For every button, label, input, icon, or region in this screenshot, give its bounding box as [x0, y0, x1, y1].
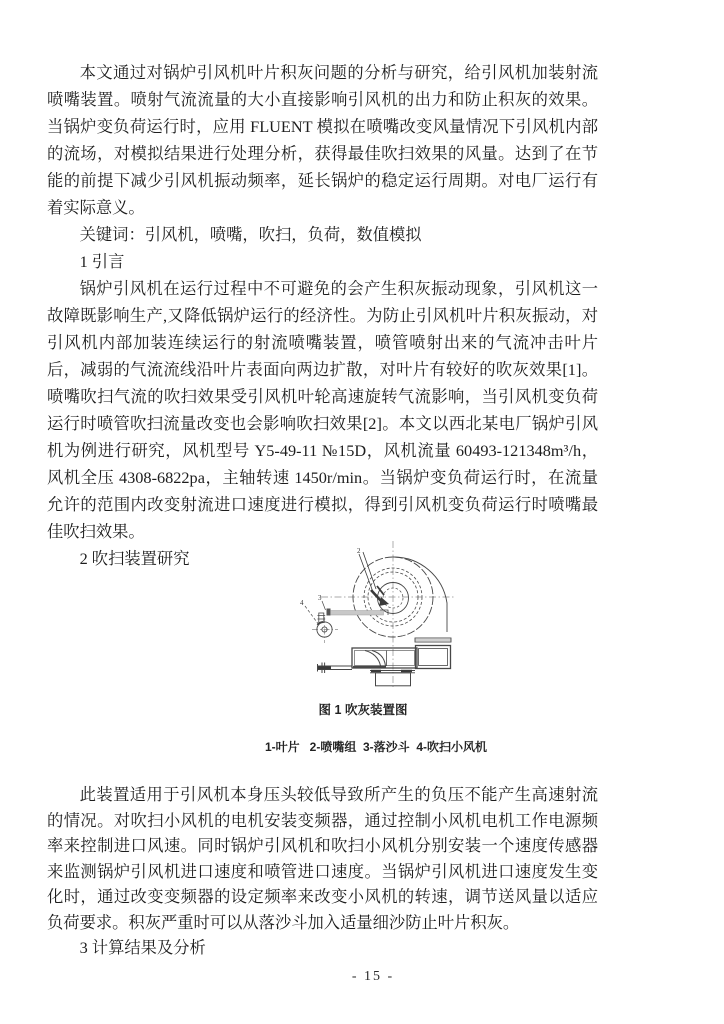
- section1-paragraph: 锅炉引风机在运行过程中不可避免的会产生积灰振动现象，引风机这一故障既影响生产,又…: [47, 275, 598, 545]
- sand-hopper: [370, 671, 415, 686]
- figure-caption: 图 1 吹灰装置图: [93, 700, 633, 718]
- paper-page: 本文通过对锅炉引风机叶片积灰问题的分析与研究，给引风机加装射流喷嘴装置。喷射气流…: [0, 0, 724, 1024]
- section3-heading: 3 计算结果及分析: [47, 935, 598, 961]
- supply-pipe: [331, 611, 384, 616]
- section1-heading: 1 引言: [47, 248, 598, 275]
- section2-paragraph: 此装置适用于引风机本身压头较低导致所产生的负压不能产生高速射流的情况。对吹扫小风…: [47, 782, 598, 935]
- label-sand-hopper: 3: [318, 594, 322, 602]
- keywords-line: 关键词：引风机，喷嘴，吹扫，负荷，数值模拟: [47, 221, 598, 248]
- page-number: - 15 -: [0, 969, 724, 985]
- label-nozzle-group: 2: [357, 547, 361, 555]
- abstract-paragraph: 本文通过对锅炉引风机叶片积灰问题的分析与研究，给引风机加装射流喷嘴装置。喷射气流…: [47, 59, 598, 221]
- figure-1: 2 3 4 图 1 吹灰装置图 1-叶片 2-喷嘴组 3-落沙斗 4-吹扫小风机: [47, 572, 598, 782]
- side-view: [318, 646, 451, 686]
- figure-legend: 1-叶片 2-喷嘴组 3-落沙斗 4-吹扫小风机: [106, 738, 646, 755]
- paper-body: 本文通过对锅炉引风机叶片积灰问题的分析与研究，给引风机加装射流喷嘴装置。喷射气流…: [47, 59, 598, 961]
- fan-blowing-device-drawing: 2 3 4: [285, 535, 555, 695]
- label-blower-fan: 4: [300, 599, 304, 607]
- nozzle-group: [359, 552, 389, 606]
